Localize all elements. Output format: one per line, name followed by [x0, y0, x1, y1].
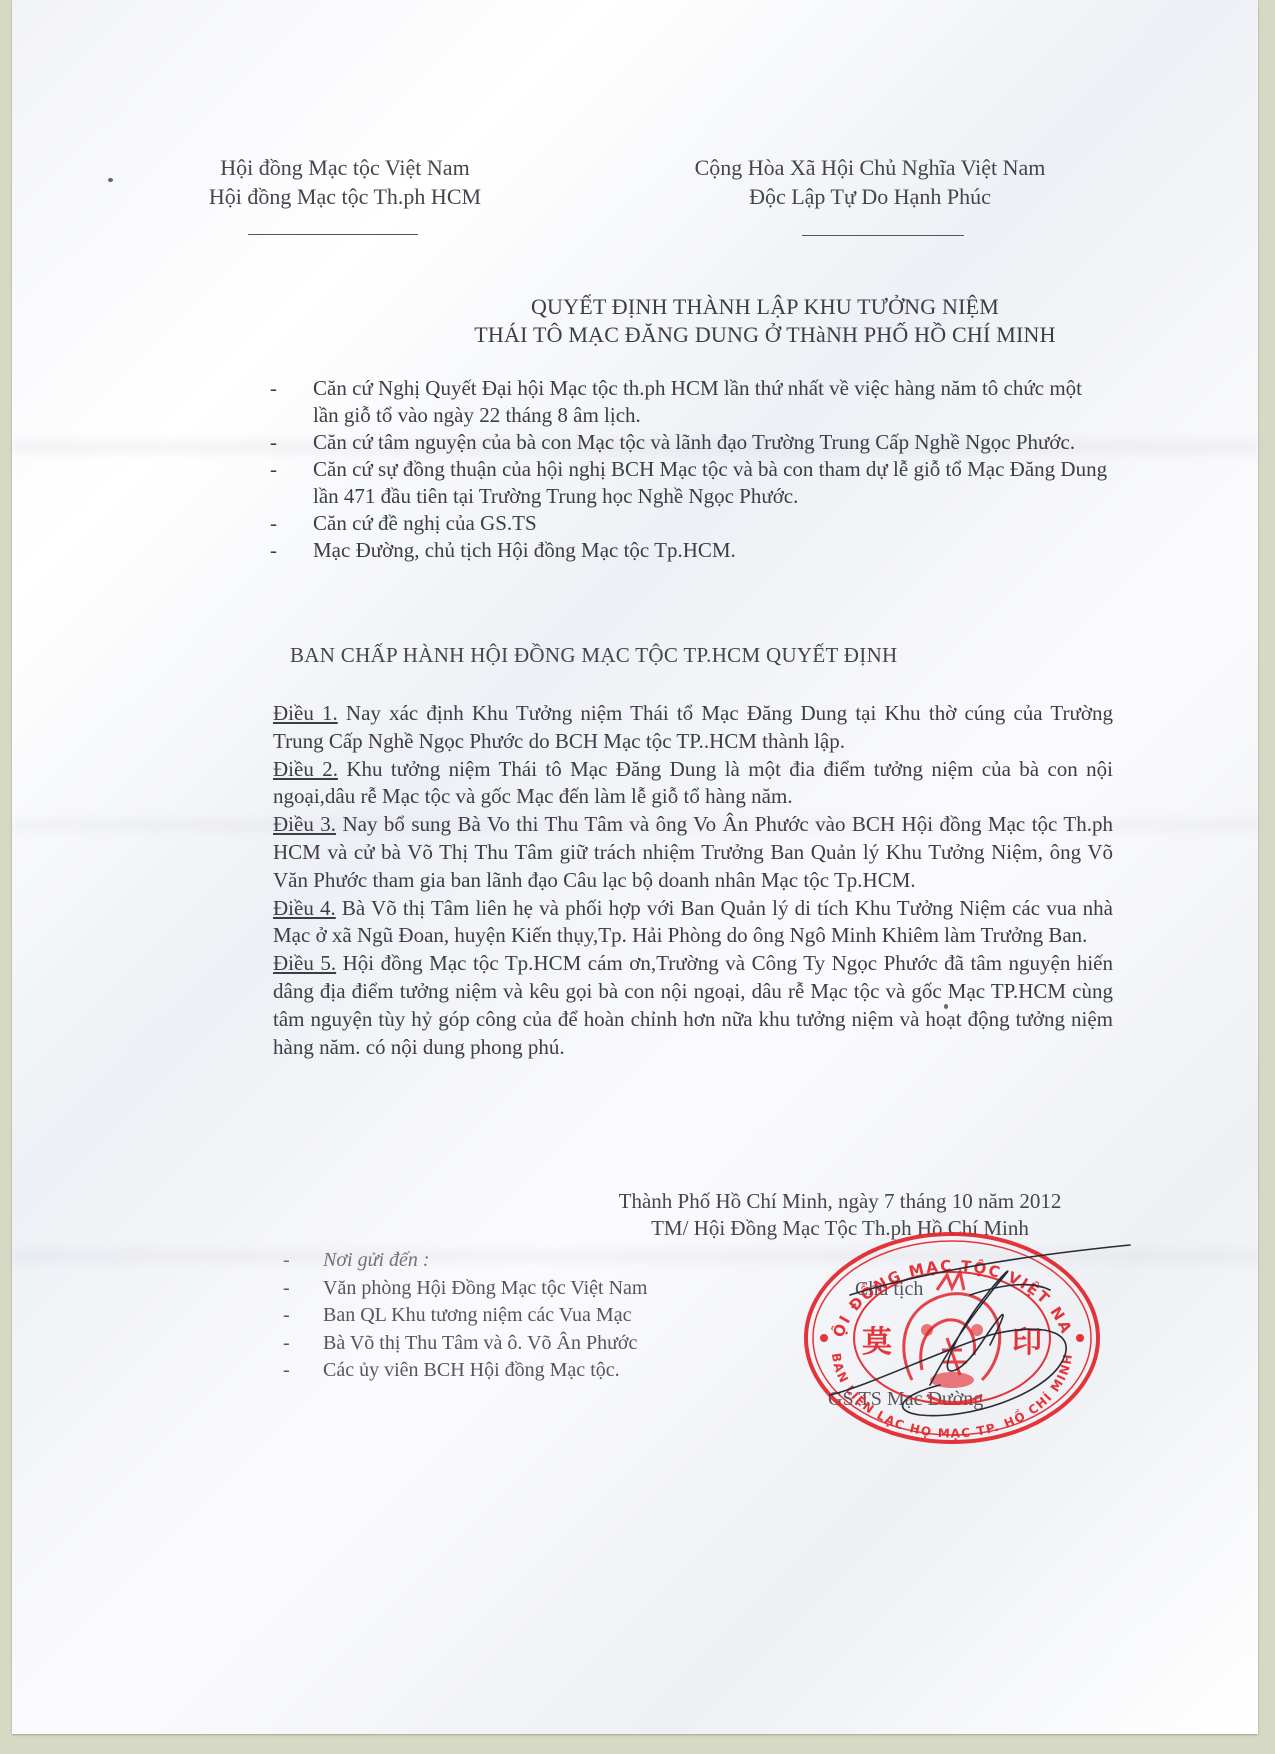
header-rule-left — [248, 234, 418, 235]
article-label: Điều 5. — [273, 951, 336, 975]
article-text: Khu tưởng niệm Thái tô Mạc Đăng Dung là … — [273, 757, 1113, 809]
article-label: Điều 2. — [273, 757, 338, 781]
list-item: -Căn cứ Nghị Quyết Đại hội Mạc tộc th.ph… — [270, 375, 1110, 429]
articles: Điều 1. Nay xác định Khu Tưởng niệm Thái… — [273, 700, 1113, 1061]
article-text: Hội đồng Mạc tộc Tp.HCM cám ơn,Trường và… — [273, 951, 1113, 1058]
list-item: -Văn phòng Hội Đồng Mạc tộc Việt Nam — [283, 1275, 783, 1303]
recipients-heading: -Nơi gửi đến : — [283, 1247, 783, 1275]
article-label: Điều 1. — [273, 701, 338, 725]
article-label: Điều 3. — [273, 812, 336, 836]
bullet-dash: - — [270, 456, 277, 483]
national-motto: Cộng Hòa Xã Hội Chủ Nghĩa Việt Nam Độc L… — [640, 153, 1100, 211]
list-item: -Mạc Đường, chủ tịch Hội đồng Mạc tộc Tp… — [270, 537, 1110, 564]
bullet-dash: - — [270, 429, 277, 456]
decision-heading: BAN CHẤP HÀNH HỘI ĐỒNG MẠC TỘC TP.HCM QU… — [290, 641, 1090, 669]
title-line-2: THÁI TÔ MẠC ĐĂNG DUNG Ở THàNH PHỐ HỒ CHÍ… — [380, 321, 1150, 349]
article-text: Bà Võ thị Tâm liên hẹ và phối hợp với Ba… — [273, 896, 1113, 948]
recipients-list: -Nơi gửi đến : -Văn phòng Hội Đồng Mạc t… — [283, 1247, 783, 1385]
list-item: -Các ủy viên BCH Hội đồng Mạc tộc. — [283, 1357, 783, 1385]
list-item: -Ban QL Khu tương niệm các Vua Mạc — [283, 1302, 783, 1330]
article: Điều 2. Khu tưởng niệm Thái tô Mạc Đăng … — [273, 756, 1113, 812]
bullet-dash: - — [270, 375, 277, 402]
list-item: -Bà Võ thị Thu Tâm và ô. Võ Ân Phước — [283, 1330, 783, 1358]
article: Điều 5. Hội đồng Mạc tộc Tp.HCM cám ơn,T… — [273, 950, 1113, 1061]
article-text: Nay xác định Khu Tưởng niệm Thái tổ Mạc … — [273, 701, 1113, 753]
article-label: Điều 4. — [273, 896, 336, 920]
country-name: Cộng Hòa Xã Hội Chủ Nghĩa Việt Nam — [640, 153, 1100, 182]
article: Điều 1. Nay xác định Khu Tưởng niệm Thái… — [273, 700, 1113, 756]
article-text: Nay bổ sung Bà Vo thi Thu Tâm và ông Vo … — [273, 812, 1113, 892]
bullet-dash: - — [270, 537, 277, 564]
place-date: Thành Phố Hồ Chí Minh, ngày 7 tháng 10 n… — [560, 1188, 1120, 1215]
org-line-2: Hội đồng Mạc tộc Th.ph HCM — [175, 182, 515, 211]
motto: Độc Lập Tự Do Hạnh Phúc — [640, 182, 1100, 211]
bullet-dash: - — [270, 510, 277, 537]
list-item: -Căn cứ đề nghị của GS.TS — [270, 510, 1110, 537]
list-item: -Căn cứ sự đồng thuận của hội nghị BCH M… — [270, 456, 1110, 510]
legal-basis-list: -Căn cứ Nghị Quyết Đại hội Mạc tộc th.ph… — [270, 375, 1110, 564]
list-item: -Căn cứ tâm nguyện của bà con Mạc tộc và… — [270, 429, 1110, 456]
header-rule-right — [802, 235, 964, 236]
org-line-1: Hội đồng Mạc tộc Việt Nam — [175, 153, 515, 182]
article: Điều 4. Bà Võ thị Tâm liên hẹ và phối hợ… — [273, 895, 1113, 951]
issuing-organization: Hội đồng Mạc tộc Việt Nam Hội đồng Mạc t… — [175, 153, 515, 211]
title-line-1: QUYẾT ĐỊNH THÀNH LẬP KHU TƯỞNG NIỆM — [380, 293, 1150, 321]
scan-speck — [108, 178, 113, 182]
document-title: QUYẾT ĐỊNH THÀNH LẬP KHU TƯỞNG NIỆM THÁI… — [380, 293, 1150, 349]
article: Điều 3. Nay bổ sung Bà Vo thi Thu Tâm và… — [273, 811, 1113, 894]
handwritten-signature-icon — [810, 1235, 1140, 1435]
